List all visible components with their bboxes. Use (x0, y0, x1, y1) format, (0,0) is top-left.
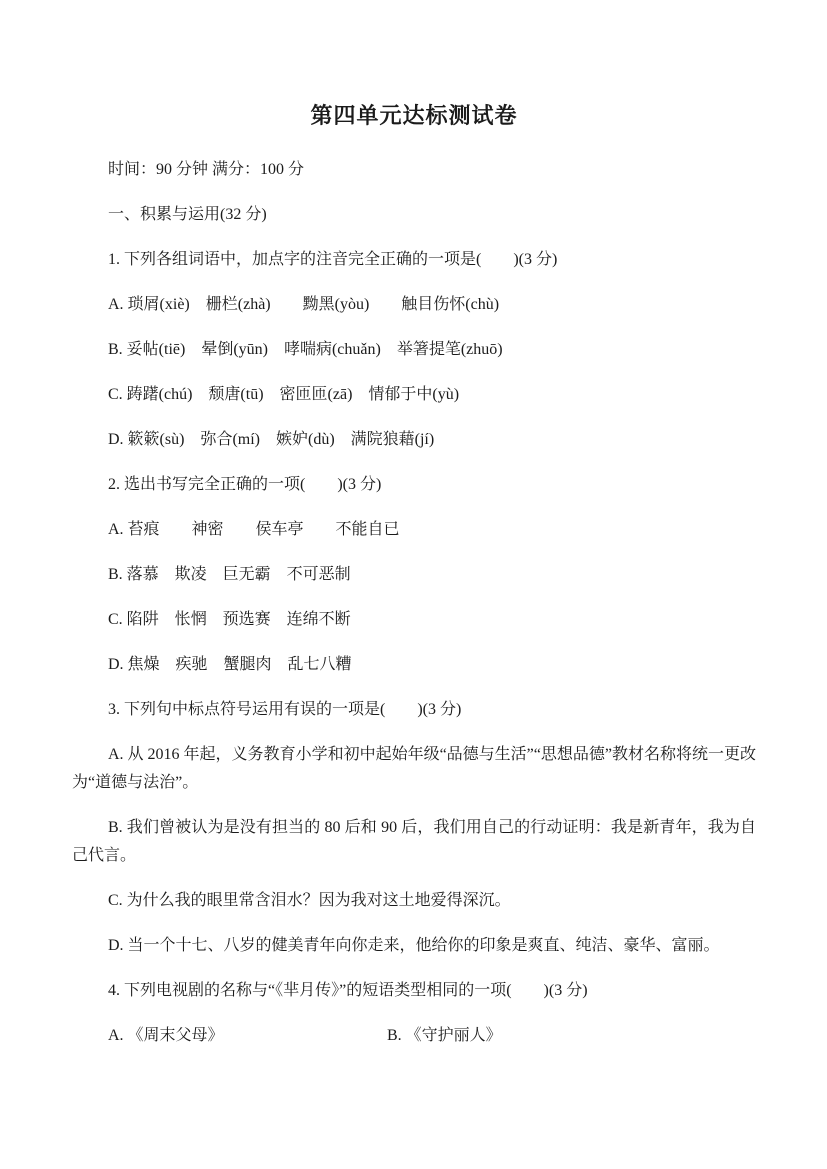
question-2-option-d: D. 焦燥 疾驰 蟹腿肉 乱七八糟 (72, 651, 756, 679)
page-title: 第四单元达标测试卷 (72, 102, 756, 130)
test-paper-page: 第四单元达标测试卷 时间：90 分钟 满分：100 分 一、积累与运用(32 分… (0, 0, 827, 1169)
meta-line: 时间：90 分钟 满分：100 分 (72, 156, 756, 184)
question-3-stem: 3. 下列句中标点符号运用有误的一项是( )(3 分) (72, 696, 756, 724)
question-3-option-d: D. 当一个十七、八岁的健美青年向你走来，他给你的印象是爽直、纯洁、豪华、富丽。 (72, 932, 756, 960)
question-2-option-a: A. 苔痕 神密 侯车亭 不能自已 (72, 516, 756, 544)
question-2-stem: 2. 选出书写完全正确的一项( )(3 分) (72, 471, 756, 499)
question-4-option-a: A. 《周末父母》 (108, 1022, 387, 1050)
question-1-option-d: D. 簌簌(sù) 弥合(mí) 嫉妒(dù) 满院狼藉(jí) (72, 426, 756, 454)
section-heading: 一、积累与运用(32 分) (72, 201, 756, 229)
question-4-stem: 4. 下列电视剧的名称与“《芈月传》”的短语类型相同的一项( )(3 分) (72, 977, 756, 1005)
question-1-stem: 1. 下列各组词语中，加点字的注音完全正确的一项是( )(3 分) (72, 246, 756, 274)
question-2-option-c: C. 陷阱 怅惘 预选赛 连绵不断 (72, 606, 756, 634)
page-content: 第四单元达标测试卷 时间：90 分钟 满分：100 分 一、积累与运用(32 分… (0, 0, 827, 1050)
question-1-option-b: B. 妥帖(tiē) 晕倒(yūn) 哮喘病(chuǎn) 举箸提笔(zhuō) (72, 336, 756, 364)
question-3-option-c: C. 为什么我的眼里常含泪水？因为我对这土地爱得深沉。 (72, 887, 756, 915)
question-1-option-a: A. 琐屑(xiè) 栅栏(zhà) 黝黑(yòu) 触目伤怀(chù) (72, 291, 756, 319)
question-3-option-a: A. 从 2016 年起，义务教育小学和初中起始年级“品德与生活”“思想品德”教… (72, 741, 756, 797)
question-3-option-b: B. 我们曾被认为是没有担当的 80 后和 90 后，我们用自己的行动证明：我是… (72, 814, 756, 870)
question-4-options-row: A. 《周末父母》B. 《守护丽人》 (72, 1022, 756, 1050)
question-2-option-b: B. 落慕 欺凌 巨无霸 不可恶制 (72, 561, 756, 589)
question-1-option-c: C. 踌躇(chú) 颓唐(tū) 密匝匝(zā) 情郁于中(yù) (72, 381, 756, 409)
question-4-option-b: B. 《守护丽人》 (387, 1027, 502, 1044)
